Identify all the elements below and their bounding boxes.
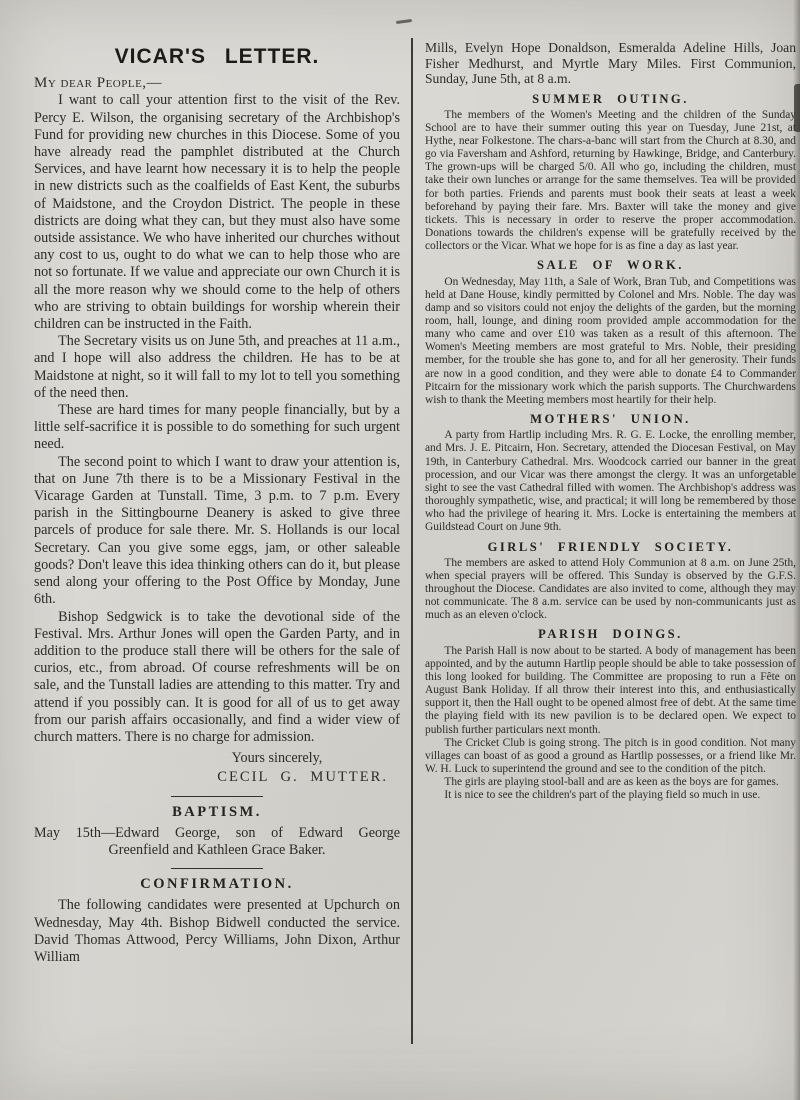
vicars-letter-paragraph: The Secretary visits us on June 5th, and… <box>34 333 400 402</box>
signoff-closing: Yours sincerely, <box>34 750 400 767</box>
section-rule <box>171 868 263 869</box>
vicars-letter-paragraph: These are hard times for many people fin… <box>34 402 400 454</box>
girls-friendly-society-heading: GIRLS' FRIENDLY SOCIETY. <box>425 541 796 554</box>
confirmation-heading: CONFIRMATION. <box>34 876 400 893</box>
vicars-letter-paragraph: The second point to which I want to draw… <box>34 454 400 609</box>
sale-of-work-heading: SALE OF WORK. <box>425 259 796 272</box>
summer-outing-paragraph: The members of the Women's Meeting and t… <box>425 109 796 254</box>
section-rule <box>171 796 263 797</box>
vicars-letter-paragraph: Bishop Sedgwick is to take the devotiona… <box>34 609 400 747</box>
summer-outing-heading: SUMMER OUTING. <box>425 93 796 106</box>
signoff-name: CECIL G. MUTTER. <box>34 769 400 786</box>
scan-artifact <box>396 19 412 24</box>
column-divider-rule <box>411 38 413 1044</box>
sale-of-work-paragraph: On Wednesday, May 11th, a Sale of Work, … <box>425 276 796 408</box>
baptism-heading: BAPTISM. <box>34 804 400 821</box>
confirmation-paragraph: The following candidates were presented … <box>34 897 400 966</box>
confirmation-continued-paragraph: Mills, Evelyn Hope Donaldson, Esmeralda … <box>425 40 796 87</box>
baptism-entry: Greenfield and Kathleen Grace Baker. <box>34 842 400 859</box>
left-column: VICAR'S LETTER. My dear People,— I want … <box>34 46 400 966</box>
right-column: Mills, Evelyn Hope Donaldson, Esmeralda … <box>425 40 796 802</box>
baptism-entry: May 15th—Edward George, son of Edward Ge… <box>34 825 400 842</box>
mothers-union-paragraph: A party from Hartlip including Mrs. R. G… <box>425 429 796 534</box>
parish-doings-paragraph: The girls are playing stool-ball and are… <box>425 776 796 789</box>
parish-doings-paragraph: The Parish Hall is now about to be start… <box>425 645 796 737</box>
girls-friendly-society-paragraph: The members are asked to attend Holy Com… <box>425 557 796 623</box>
salutation: My dear People,— <box>34 75 400 92</box>
parish-doings-heading: PARISH DOINGS. <box>425 628 796 641</box>
mothers-union-heading: MOTHERS' UNION. <box>425 413 796 426</box>
parish-doings-paragraph: It is nice to see the children's part of… <box>425 789 796 802</box>
parish-doings-paragraph: The Cricket Club is going strong. The pi… <box>425 737 796 776</box>
page-title: VICAR'S LETTER. <box>34 48 400 65</box>
vicars-letter-paragraph: I want to call your attention first to t… <box>34 92 400 333</box>
